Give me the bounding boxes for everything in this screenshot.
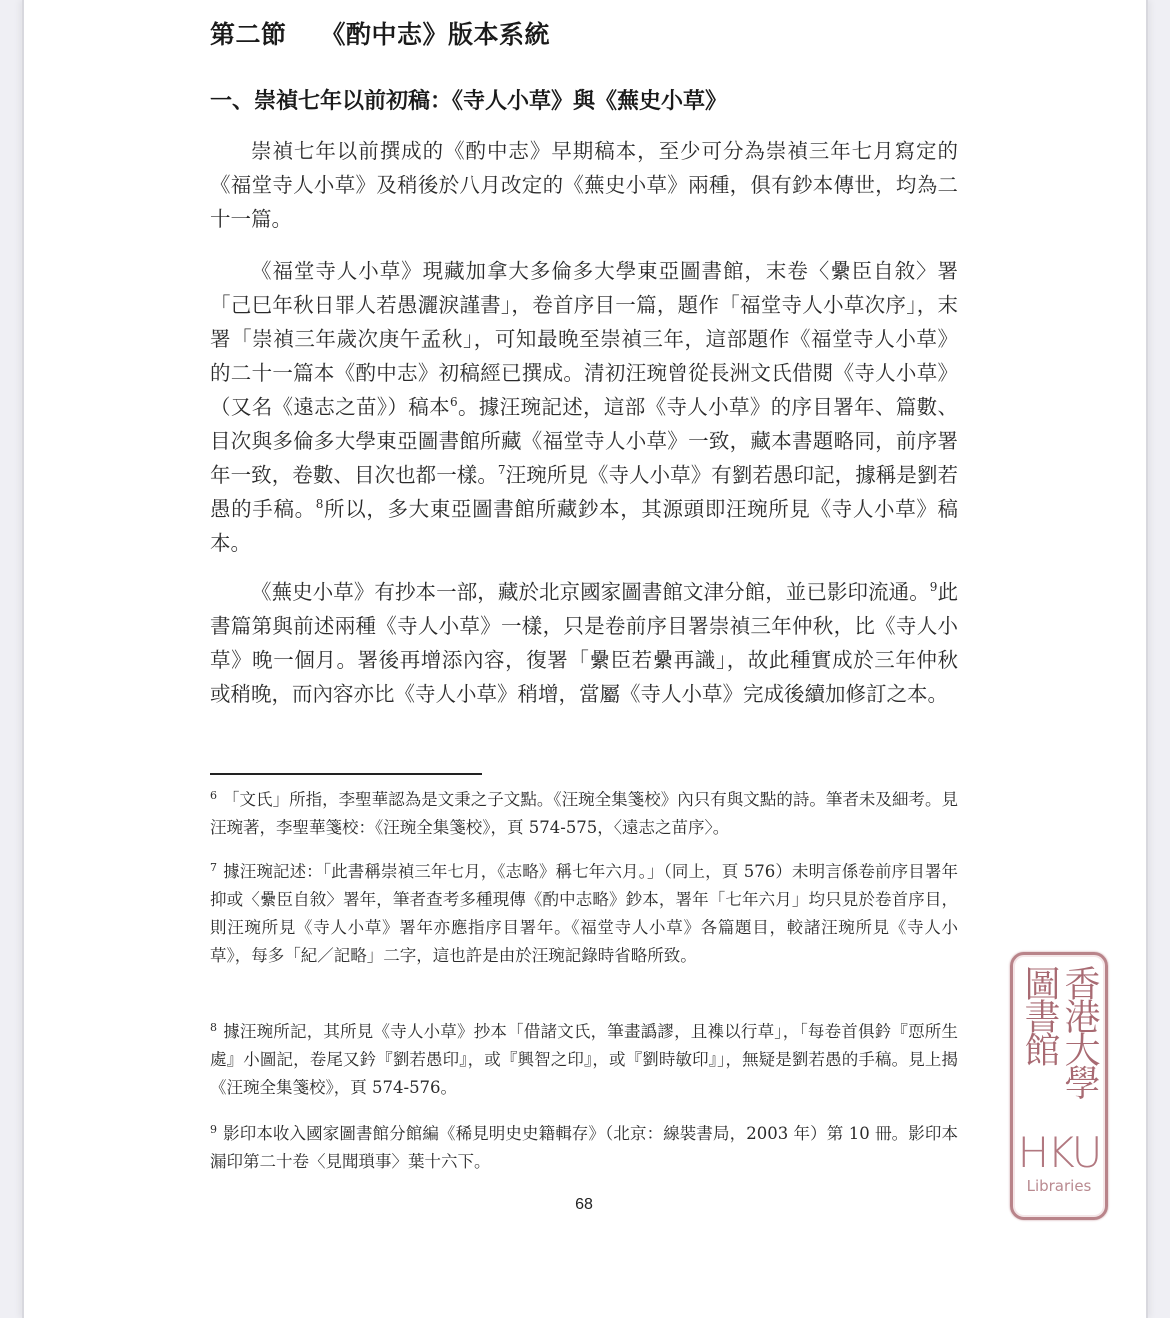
subsection-title: 一、崇禎七年以前初稿：《寺人小草》與《蕪史小草》 [210, 84, 727, 115]
paragraph-text: 《蕪史小草》有抄本一部，藏於北京國家圖書館文津分館，並已影印流通。 [251, 580, 930, 604]
page-number: 68 [210, 1196, 958, 1214]
stamp-column-university: 香港大學 [1059, 965, 1099, 1135]
stamp-characters: 香港大學 圖書館 [1019, 965, 1099, 1135]
body-paragraph-3: 《蕪史小草》有抄本一部，藏於北京國家圖書館文津分館，並已影印流通。9此書篇第與前… [210, 575, 958, 711]
footnote-7: 7據汪琬記述：「此書稱崇禎三年七月，《志略》稱七年六月。」（同上，頁 576）未… [210, 858, 958, 970]
paragraph-text: 崇禎七年以前撰成的《酌中志》早期稿本，至少可分為崇禎三年七月寫定的《福堂寺人小草… [210, 139, 958, 231]
stamp-column-library: 圖書館 [1019, 965, 1059, 1135]
footnote-6: 6「文氏」所指，李聖華認為是文秉之子文點。《汪琬全集箋校》內只有與文點的詩。筆者… [210, 786, 958, 842]
footnote-text: 「文氏」所指，李聖華認為是文秉之子文點。《汪琬全集箋校》內只有與文點的詩。筆者未… [210, 790, 958, 837]
footnote-8: 8據汪琬所記，其所見《寺人小草》抄本「借諸文氏，筆畫譌謬，且襍以行草」，「每卷首… [210, 1018, 958, 1102]
body-paragraph-2: 《福堂寺人小草》現藏加拿大多倫多大學東亞圖書館，末卷〈纍臣自敘〉署「己巳年秋日罪… [210, 254, 958, 560]
footnote-9: 9影印本收入國家圖書館分館編《稀見明史史籍輯存》（北京：線裝書局，2003 年）… [210, 1120, 958, 1176]
section-title: 第二節《酌中志》版本系統 [210, 15, 550, 51]
footnote-number: 8 [210, 1021, 217, 1034]
footnote-number: 9 [210, 1123, 217, 1136]
footnote-ref-6[interactable]: 6 [450, 395, 458, 409]
footnote-text: 據汪琬記述：「此書稱崇禎三年七月，《志略》稱七年六月。」（同上，頁 576）未明… [210, 862, 958, 965]
section-name: 《酌中志》版本系統 [321, 20, 551, 49]
paragraph-text: 所以，多大東亞圖書館所藏鈔本，其源頭即汪琬所見《寺人小草》稿本。 [210, 497, 958, 555]
stamp-label: Libraries [1013, 1177, 1105, 1195]
footnote-text: 影印本收入國家圖書館分館編《稀見明史史籍輯存》（北京：線裝書局，2003 年）第… [210, 1124, 958, 1171]
footnote-number: 7 [210, 861, 217, 874]
footnote-number: 6 [210, 789, 217, 802]
footnote-text: 據汪琬所記，其所見《寺人小草》抄本「借諸文氏，筆畫譌謬，且襍以行草」，「每卷首俱… [210, 1022, 958, 1097]
section-number: 第二節 [210, 20, 287, 49]
footnote-divider [210, 773, 482, 775]
footnote-ref-7[interactable]: 7 [498, 463, 506, 477]
document-page: 第二節《酌中志》版本系統 一、崇禎七年以前初稿：《寺人小草》與《蕪史小草》 崇禎… [24, 0, 1146, 1318]
stamp-acronym: HKU [1013, 1131, 1105, 1175]
hku-libraries-stamp: 香港大學 圖書館 HKU Libraries [1010, 952, 1108, 1220]
body-paragraph-1: 崇禎七年以前撰成的《酌中志》早期稿本，至少可分為崇禎三年七月寫定的《福堂寺人小草… [210, 134, 958, 236]
